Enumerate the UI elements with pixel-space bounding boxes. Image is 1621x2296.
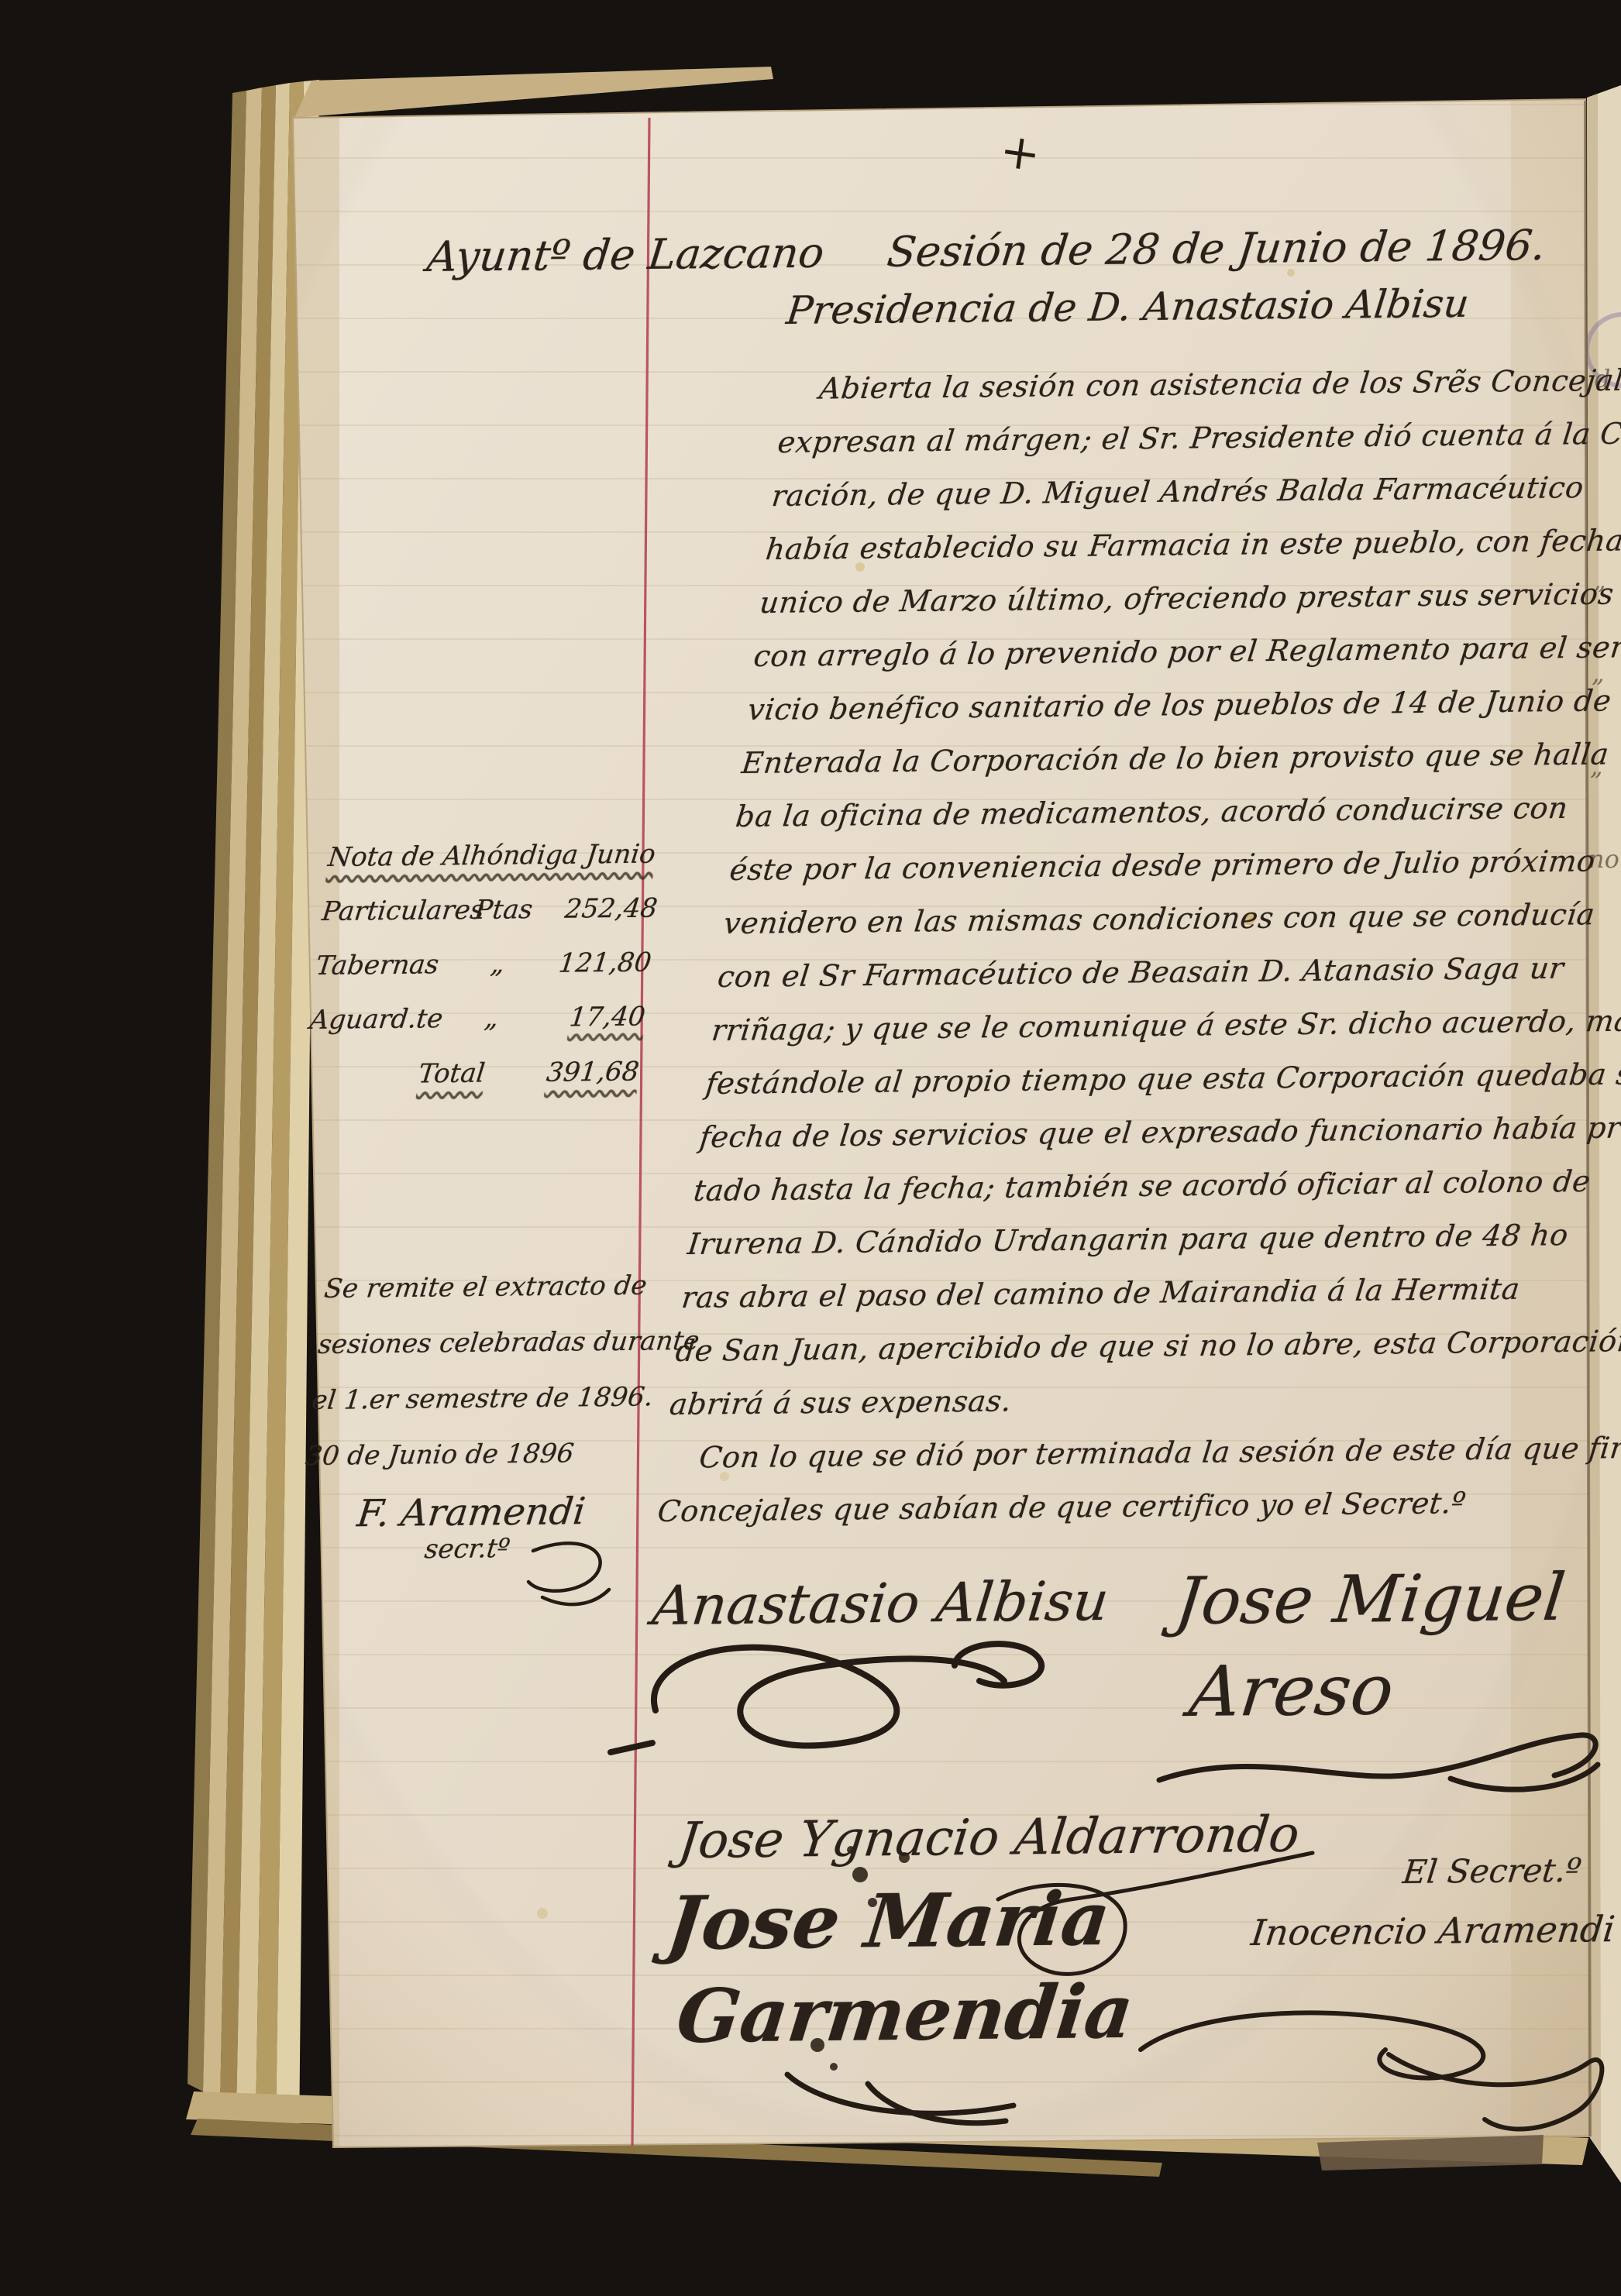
manuscript-photograph: + „ „ „ no d Ayuntº de Lazcano Sesión de… (0, 0, 1621, 2296)
body-line: festándole al propio tiempo que esta Cor… (703, 1047, 1621, 1111)
body-line: venidero en las mismas condiciones con q… (721, 887, 1621, 950)
body-line: con arreglo á lo prevenido por el Reglam… (751, 620, 1621, 683)
alhondiga-row: Aguard.te „ 17,40 (307, 989, 648, 1047)
body-line: ba la oficina de medicamentos, acordó co… (733, 780, 1621, 844)
body-line: expresan al márgen; el Sr. Presidente di… (775, 406, 1621, 469)
body-line: ras abra el paso del camino de Mairandia… (679, 1261, 1621, 1325)
row-label: Aguard.te (307, 992, 460, 1047)
body-line: Con lo que se dió por terminada la sesió… (661, 1421, 1606, 1485)
body-line: fecha de los servicios que el expresado … (697, 1101, 1621, 1164)
remision-signer-role: secr.tº (293, 1531, 641, 1569)
row-value: 252,48 (535, 881, 660, 937)
body-line: Enterada la Corporación de lo bien provi… (738, 727, 1621, 790)
remision-line: el 1.er semestre de 1896. (308, 1369, 659, 1428)
row-unit: Ptas (466, 882, 541, 937)
remision-signer: F. Aramendi (297, 1480, 647, 1535)
row-value: 17,40 (522, 989, 648, 1045)
remision-line: Se remite el extracto de (322, 1257, 673, 1317)
total-value: 391,68 (482, 1043, 642, 1101)
body-line: rriñaga; y que se le comunique á este Sr… (709, 994, 1621, 1057)
alhondiga-row: Tabernas „ 121,80 (313, 935, 654, 993)
body-line: Irurena D. Cándido Urdangarin para que d… (685, 1208, 1621, 1271)
row-label: Particulares (319, 883, 473, 939)
body-line: con el Sr Farmacéutico de Beasain D. Ata… (714, 940, 1621, 1004)
secretary-role: El Secret.º (1401, 1851, 1583, 1891)
body-line: unico de Marzo último, ofreciendo presta… (757, 566, 1621, 630)
body-line: abrirá á sus expensas. (666, 1368, 1611, 1432)
body-line: Concejales que sabían de que certifico y… (655, 1475, 1599, 1538)
signature-miguel-line1: Jose Miguel (1172, 1559, 1569, 1639)
body-line: éste por la conveniencia desde primero d… (727, 834, 1621, 897)
signature-secretary: Inocencio Aramendi (1249, 1908, 1617, 1954)
margin-note-alhondiga: Nota de Alhóndiga Junio Particulares Pta… (301, 827, 666, 1103)
alhondiga-total-row: Total 391,68 (301, 1043, 642, 1103)
row-label: Tabernas (313, 937, 466, 993)
presidency-line: Presidencia de D. Anastasio Albisu (784, 281, 1471, 333)
minutes-body: Abierta la sesión con asistencia de los … (655, 352, 1621, 1538)
stain (537, 1908, 548, 1919)
body-line: había establecido su Farmacia in este pu… (762, 513, 1621, 576)
total-label: Total (415, 1046, 488, 1102)
signature-miguel-line2: Areso (1186, 1649, 1398, 1733)
remision-line: sesiones celebradas durante (315, 1313, 666, 1373)
body-line: ración, de que D. Miguel Andrés Balda Fa… (769, 459, 1621, 523)
signature-aldarrondo: Jose Ygnacio Aldarrondo (676, 1806, 1303, 1870)
margin-note-remision: Se remite el extracto de sesiones celebr… (293, 1257, 672, 1569)
body-line: Abierta la sesión con asistencia de los … (781, 352, 1621, 416)
row-unit: „ (460, 937, 535, 992)
body-line: de San Juan, apercibido de que si no lo … (673, 1315, 1617, 1378)
remision-line: 30 de Junio de 1896 (302, 1425, 653, 1484)
cross-mark: + (996, 122, 1045, 184)
alhondiga-title: Nota de Alhóndiga Junio (325, 827, 666, 885)
alhondiga-row: Particulares Ptas 252,48 (319, 881, 660, 939)
signature-garmendia-line1: Jose Maria (663, 1876, 1114, 1967)
row-unit: „ (454, 991, 528, 1046)
body-line: vicio benéfico sanitario de los pueblos … (745, 673, 1621, 737)
signature-garmendia-line2: Garmendia (673, 1969, 1137, 2060)
body-line: tado hasta la fecha; también se acordó o… (690, 1154, 1621, 1218)
row-value: 121,80 (528, 935, 654, 991)
heading-municipality: Ayuntº de Lazcano (425, 229, 827, 281)
signature-albisu: Anastasio Albisu (649, 1569, 1112, 1638)
heading-session-date: Sesión de 28 de Junio de 1896. (885, 221, 1548, 277)
